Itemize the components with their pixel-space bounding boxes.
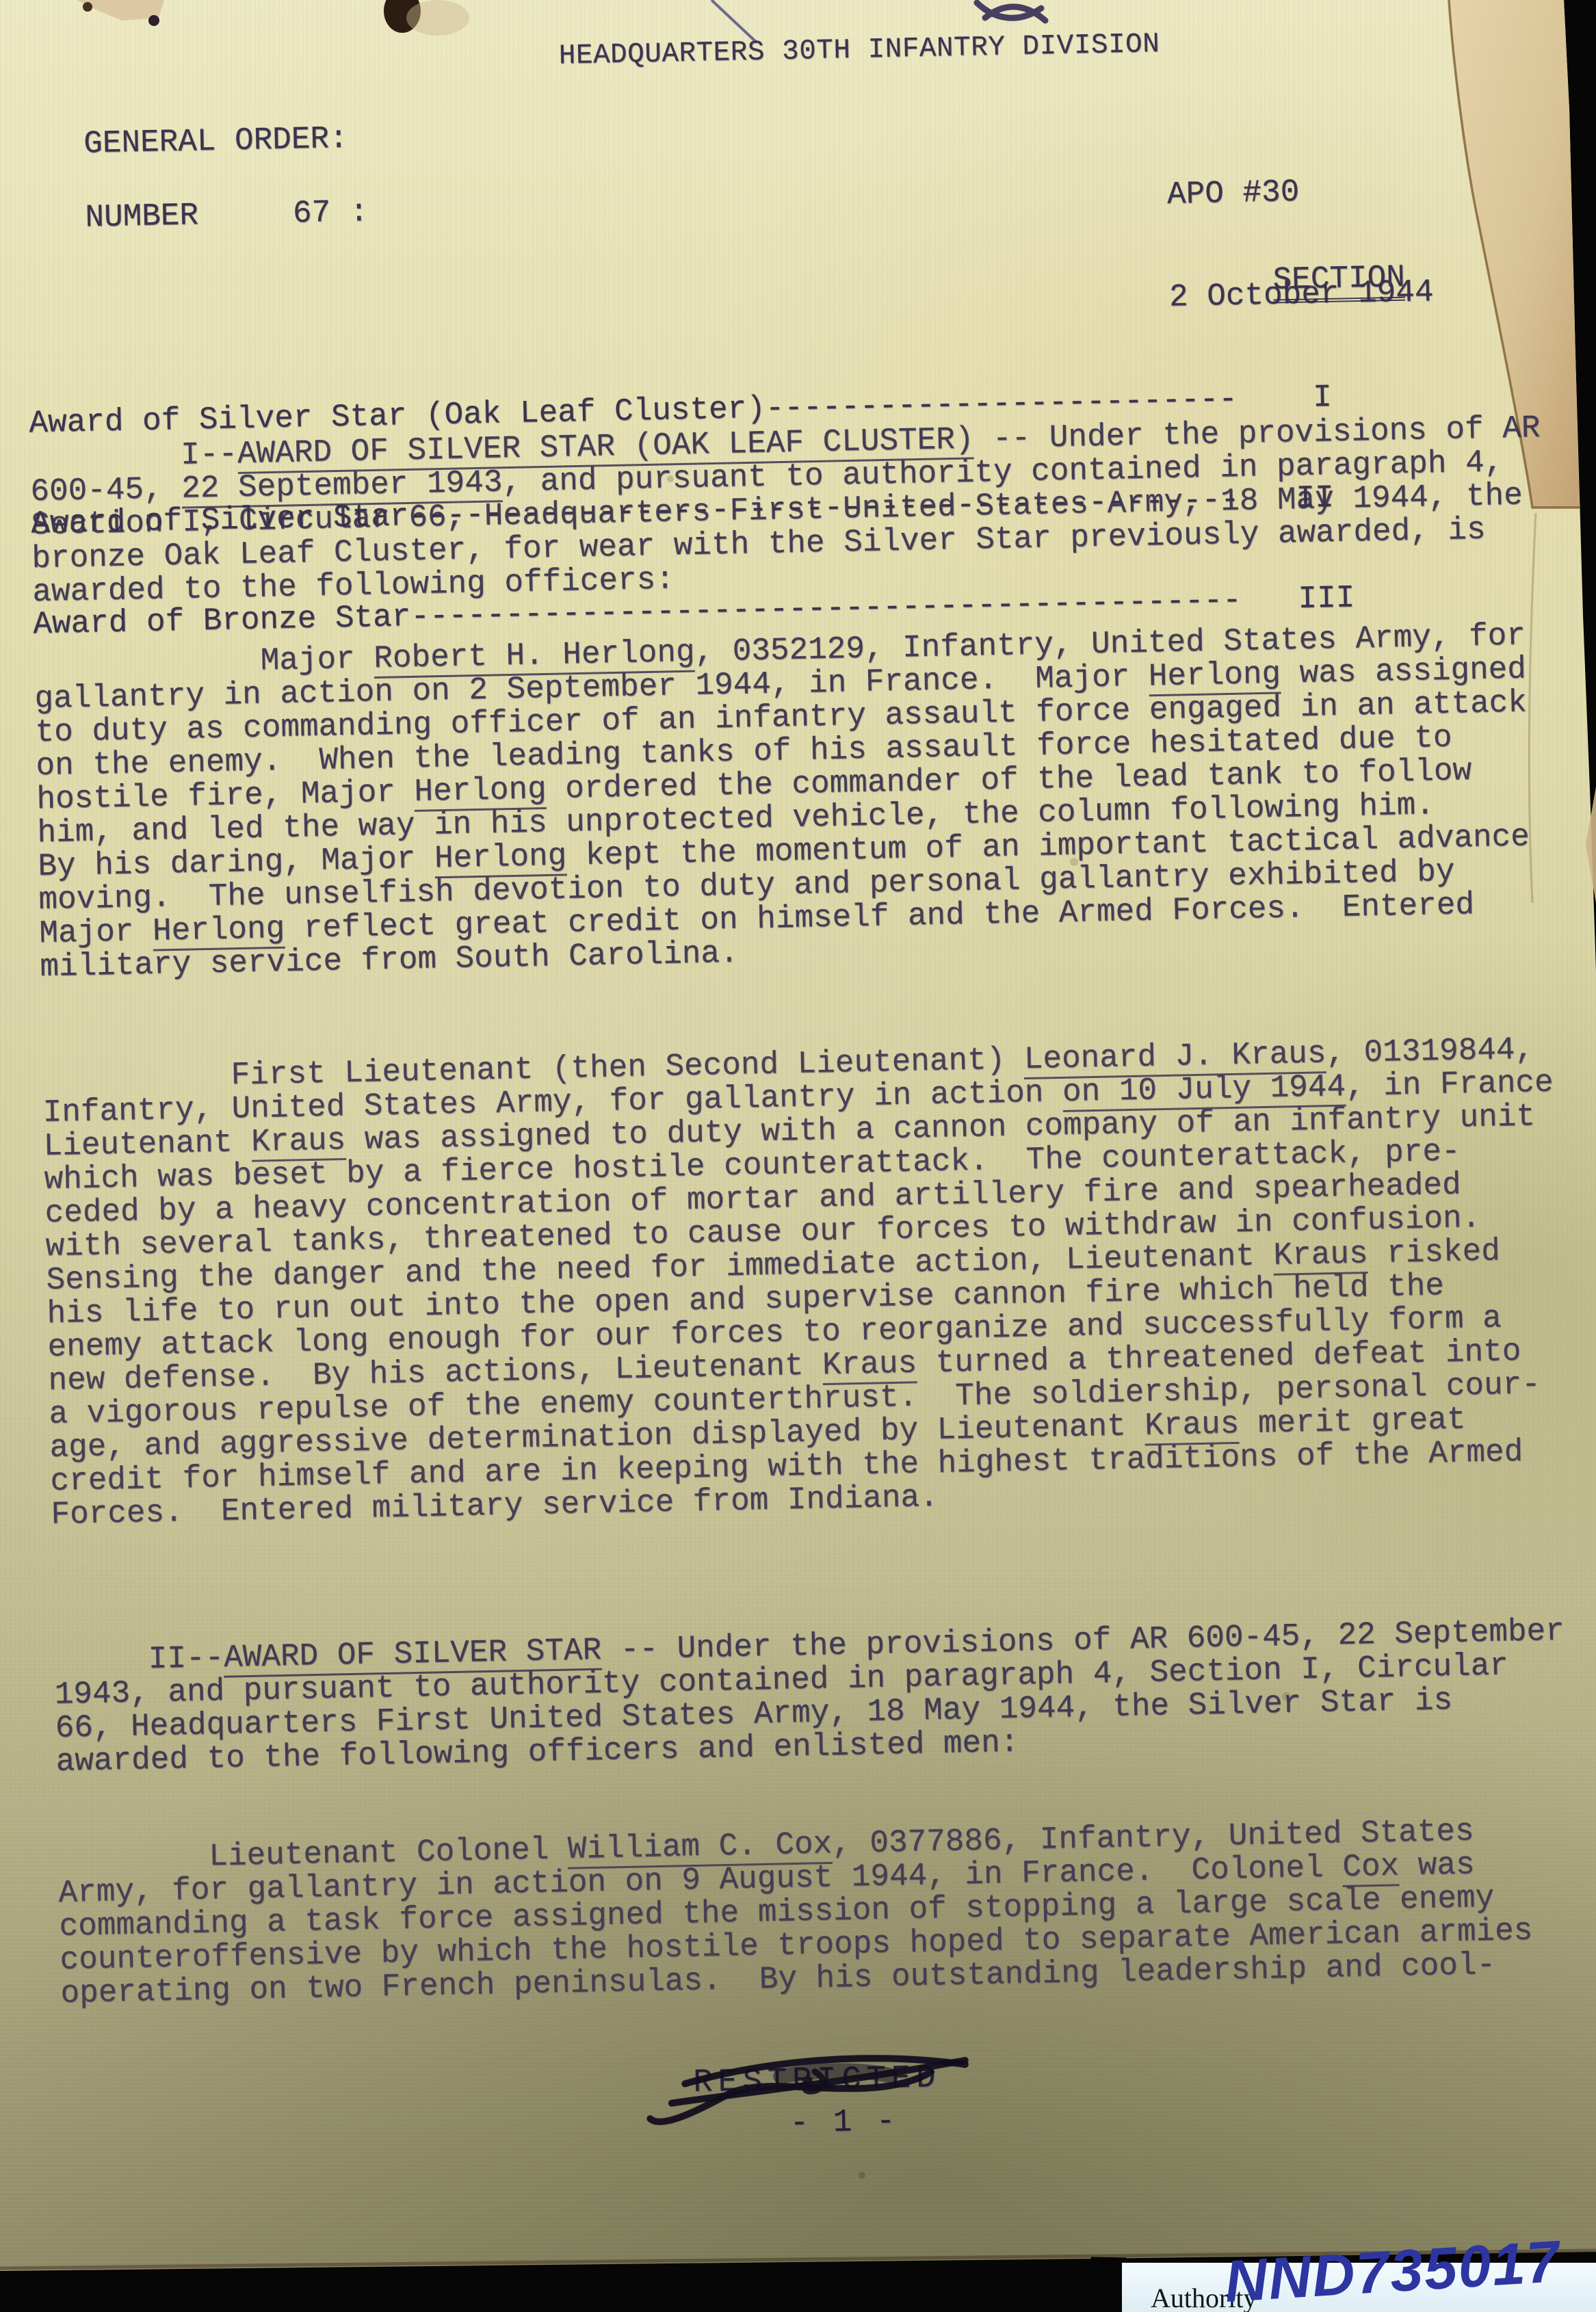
order-number-line: NUMBER 67 : [85,196,369,235]
document-title: HEADQUARTERS 30TH INFANTRY DIVISION [558,28,1160,74]
scan-black-chip [1090,2257,1126,2312]
restricted-strikeout-scribble [643,2029,1028,2146]
section-column-header: SECTION [1272,261,1405,298]
kraus-citation-paragraph: First Lieutenant (then Second Lieutenant… [42,1033,1562,1532]
section-2-heading-paragraph: II--AWARD OF SILVER STAR -- Under the pr… [53,1614,1567,1778]
section-column-header-text: SECTION [1272,260,1405,304]
scanned-document-page: { "page": {"width": 2333, "height": 3380… [0,0,1596,2312]
declassification-label: Authority NND735017 [1122,2263,1596,2312]
herlong-citation-paragraph: Major Robert H. Herlong, 0352129, Infant… [34,619,1532,984]
apo-line: APO #30 [1167,173,1432,212]
section-1-heading-paragraph: I--AWARD OF SILVER STAR (OAK LEAF CLUSTE… [29,412,1543,609]
general-order-label: GENERAL ORDER: [83,122,348,161]
cox-citation-paragraph: Lieutenant Colonel William C. Cox, 03778… [57,1813,1534,2010]
typed-content: HEADQUARTERS 30TH INFANTRY DIVISION GENE… [0,0,1596,2312]
